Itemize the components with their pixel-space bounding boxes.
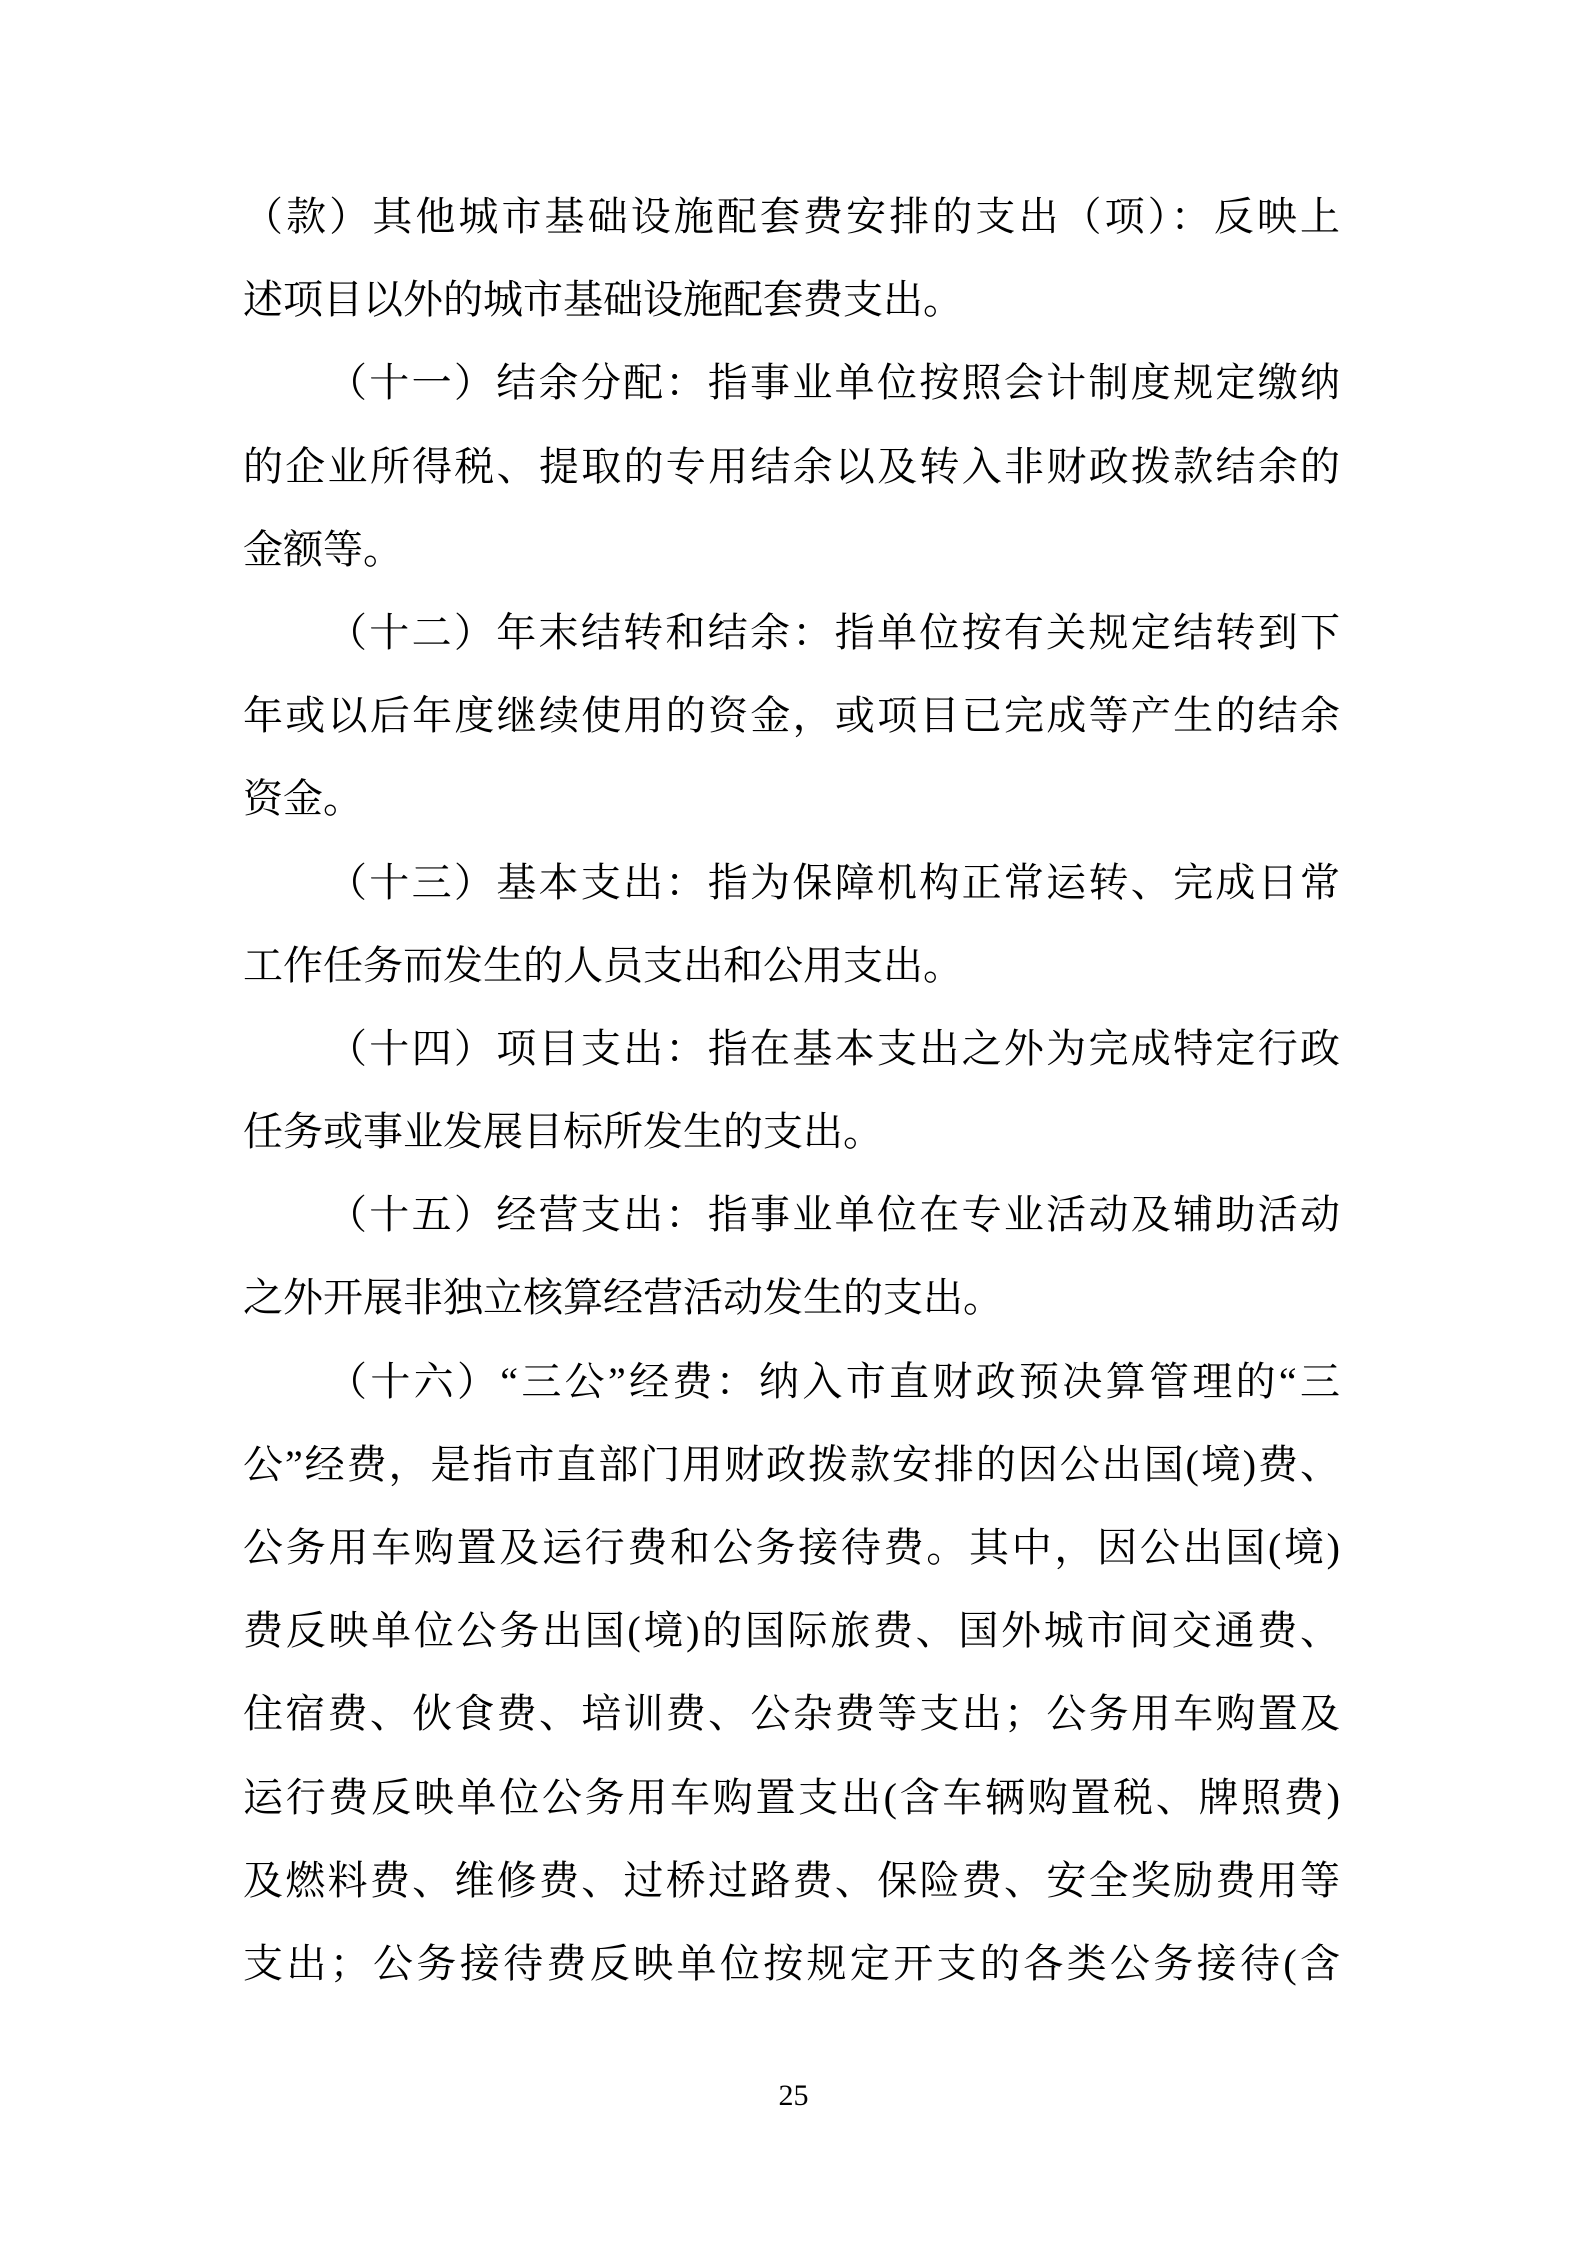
text-line: 资金。 — [243, 757, 1340, 840]
text-line: （十一）结余分配：指事业单位按照会计制度规定缴纳 — [243, 341, 1340, 424]
text-line: 工作任务而发生的人员支出和公用支出。 — [243, 924, 1340, 1007]
text-line: 任务或事业发展目标所发生的支出。 — [243, 1090, 1340, 1173]
text-line: 费反映单位公务出国(境)的国际旅费、国外城市间交通费、 — [243, 1589, 1340, 1672]
text-line: （十五）经营支出：指事业单位在专业活动及辅助活动 — [243, 1173, 1340, 1256]
text-line: 公务用车购置及运行费和公务接待费。其中，因公出国(境) — [243, 1506, 1340, 1589]
text-line: 金额等。 — [243, 508, 1340, 591]
text-line: 述项目以外的城市基础设施配套费支出。 — [243, 258, 1340, 341]
text-line: （十三）基本支出：指为保障机构正常运转、完成日常 — [243, 841, 1340, 924]
text-line: 及燃料费、维修费、过桥过路费、保险费、安全奖励费用等 — [243, 1839, 1340, 1922]
text-line: 公”经费，是指市直部门用财政拨款安排的因公出国(境)费、 — [243, 1423, 1340, 1506]
text-line: 支出；公务接待费反映单位按规定开支的各类公务接待(含 — [243, 1922, 1340, 2005]
text-line: 的企业所得税、提取的专用结余以及转入非财政拨款结余的 — [243, 425, 1340, 508]
text-line: 住宿费、伙食费、培训费、公杂费等支出；公务用车购置及 — [243, 1672, 1340, 1755]
text-line: 年或以后年度继续使用的资金，或项目已完成等产生的结余 — [243, 674, 1340, 757]
text-line: （十二）年末结转和结余：指单位按有关规定结转到下 — [243, 591, 1340, 674]
text-line: （十四）项目支出：指在基本支出之外为完成特定行政 — [243, 1007, 1340, 1090]
text-line: （款）其他城市基础设施配套费安排的支出（项）：反映上 — [243, 175, 1340, 258]
document-page: （款）其他城市基础设施配套费安排的支出（项）：反映上 述项目以外的城市基础设施配… — [0, 0, 1587, 2245]
text-line: 之外开展非独立核算经营活动发生的支出。 — [243, 1256, 1340, 1339]
text-line: 运行费反映单位公务用车购置支出(含车辆购置税、牌照费) — [243, 1756, 1340, 1839]
page-number: 25 — [0, 2072, 1587, 2120]
text-line: （十六）“三公”经费：纳入市直财政预决算管理的“三 — [243, 1340, 1340, 1423]
document-body: （款）其他城市基础设施配套费安排的支出（项）：反映上 述项目以外的城市基础设施配… — [243, 175, 1340, 2005]
